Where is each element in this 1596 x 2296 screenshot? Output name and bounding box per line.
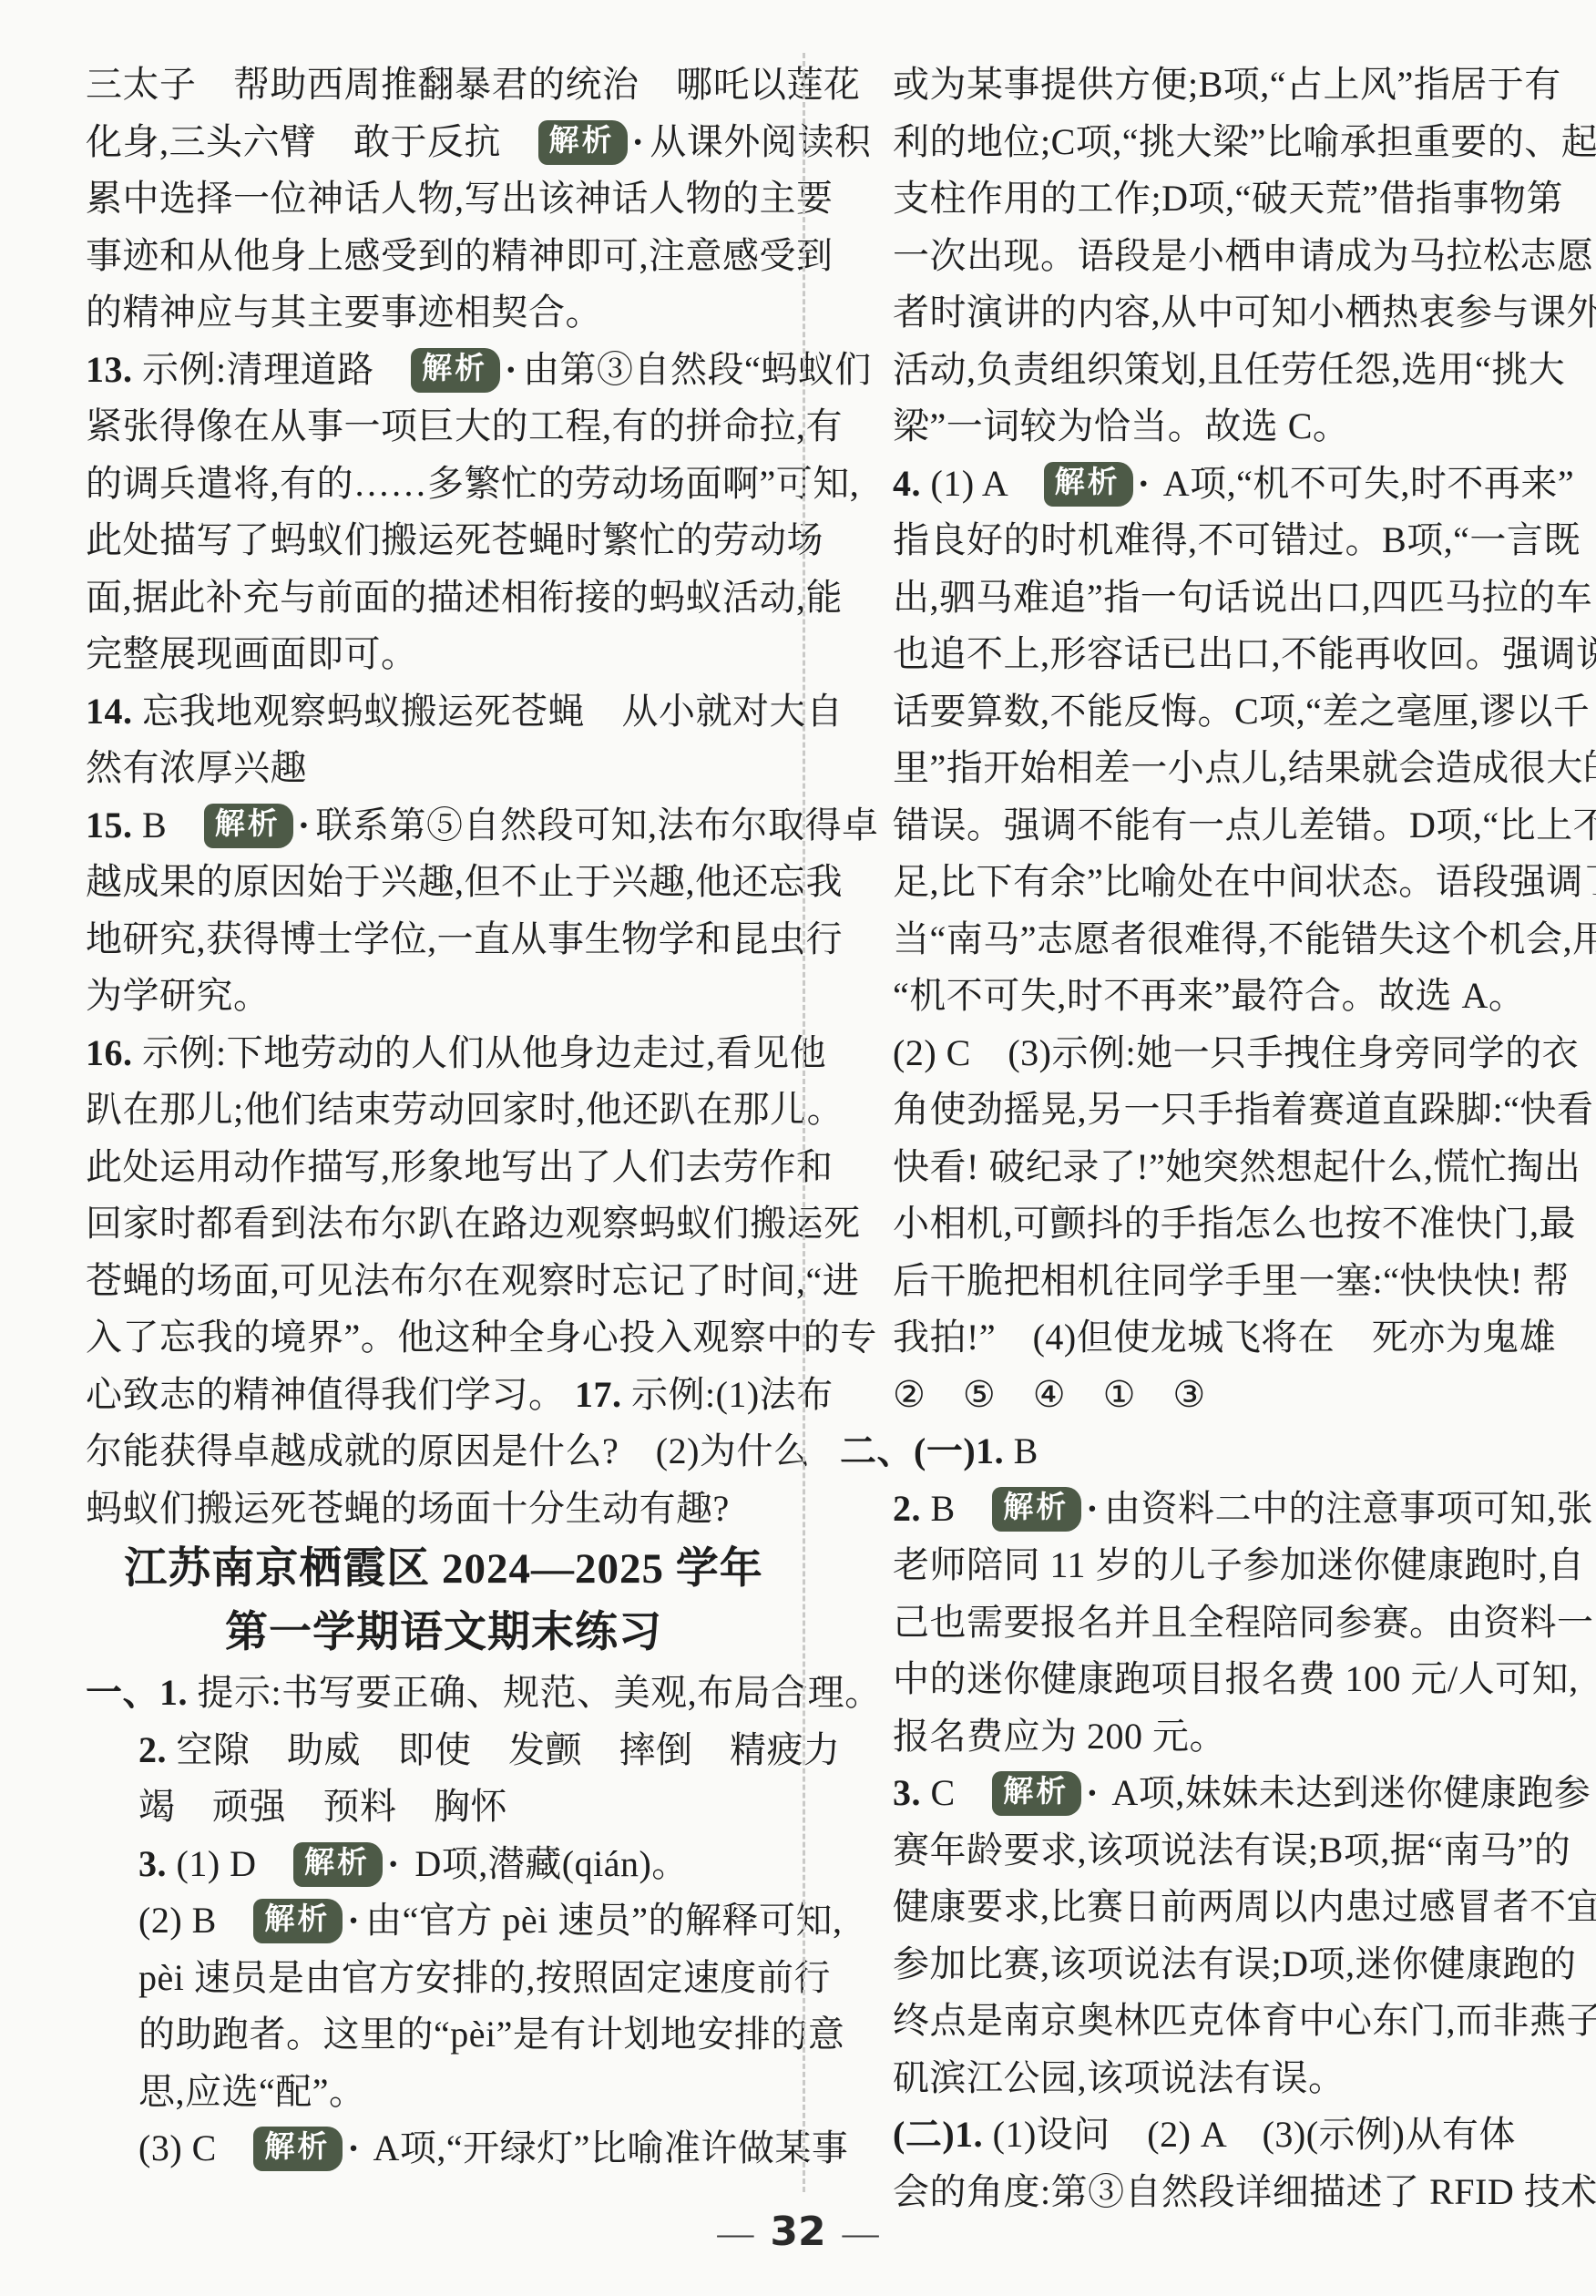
text-run: 回家时都看到法布尔趴在路边观察蚂蚁们搬运死 — [86, 1203, 861, 1244]
text-run: 思,应选“配”。 — [138, 2071, 366, 2112]
text-line: 地研究,获得博士学位,一直从事生物学和昆虫行 — [86, 911, 802, 969]
text-run: 我拍!” (4)但使龙城飞将在 死亦为鬼雄 — [893, 1317, 1556, 1358]
text-line: 当“南马”志愿者很难得,不能错失这个机会,用 — [840, 911, 1596, 969]
text-line: 指良好的时机难得,不可错过。B项,“一言既 — [840, 512, 1596, 569]
text-run: 提示:书写要正确、规范、美观,布局合理。 — [188, 1672, 882, 1713]
text-line: 里”指开始相差一小点儿,结果就会造成很大的 — [840, 740, 1596, 797]
text-line: 完整展现画面即可。 — [86, 626, 802, 683]
section-heading: 第一学期语文期末练习 — [86, 1601, 802, 1665]
text-run: 老师陪同 11 岁的儿子参加迷你健康跑时,自 — [893, 1544, 1585, 1585]
text-line: 4. (1) A 解析· A项,“机不可失,时不再来” — [840, 456, 1596, 513]
text-run: 的精神应与其主要事迹相契合。 — [86, 292, 602, 333]
text-line: 话要算数,不能反悔。C项,“差之毫厘,谬以千 — [840, 683, 1596, 741]
text-run: 报名费应为 200 元。 — [893, 1716, 1226, 1757]
text-line: 蚂蚁们搬运死苍蝇的场面十分生动有趣? — [86, 1481, 802, 1538]
text-run: B — [921, 1488, 992, 1529]
jiexi-badge: 解析 — [253, 2127, 343, 2171]
text-line: 一次出现。语段是小栖申请成为马拉松志愿 — [840, 228, 1596, 285]
text-line: (2) C (3)示例:她一只手拽住身旁同学的衣 — [840, 1025, 1596, 1082]
text-line: 累中选择一位神话人物,写出该神话人物的主要 — [86, 170, 802, 228]
text-run: ② ⑤ ④ ① ③ — [893, 1374, 1206, 1415]
text-run: A项,“开绿灯”比喻准许做某事 — [365, 2127, 848, 2168]
text-line: 老师陪同 11 岁的儿子参加迷你健康跑时,自 — [840, 1537, 1596, 1594]
text-run: A项,“机不可失,时不再来” — [1155, 463, 1574, 504]
item-number: 14. — [86, 691, 133, 732]
text-run: 由资料二中的注意事项可知,张 — [1104, 1488, 1593, 1529]
text-line: pèi 速员是由官方安排的,按照固定速度前行 — [86, 1950, 802, 2007]
text-run: 指良好的时机难得,不可错过。B项,“一言既 — [893, 519, 1581, 560]
text-run: (1)设问 (2) A (3)(示例)从有体 — [983, 2114, 1516, 2155]
text-line: 的调兵遣将,有的……多繁忙的劳动场面啊”可知, — [86, 456, 802, 513]
text-run: 当“南马”志愿者很难得,不能错失这个机会,用 — [893, 918, 1596, 959]
text-run: (1) D — [167, 1843, 293, 1884]
text-line: 14. 忘我地观察蚂蚁搬运死苍蝇 从小就对大自 — [86, 683, 802, 741]
text-run: pèi 速员是由官方安排的,按照固定速度前行 — [138, 1957, 831, 1998]
text-line: 己也需要报名并且全程陪同参赛。由资料一 — [840, 1594, 1596, 1652]
badge-separator: · — [505, 342, 517, 399]
badge-separator: · — [347, 1892, 360, 1950]
footer-dash-left: — — [717, 2212, 753, 2253]
text-run: B — [1004, 1430, 1038, 1471]
scanned-answer-page: 三太子 帮助西周推翻暴君的统治 哪吒以莲花化身,三头六臂 敢于反抗 解析·从课外… — [0, 0, 1596, 2296]
text-line: 此处描写了蚂蚁们搬运死苍蝇时繁忙的劳动场 — [86, 512, 802, 569]
text-run: 从课外阅读积 — [650, 121, 871, 162]
page-number: 32 — [770, 2209, 825, 2255]
text-line: 足,比下有余”比喻处在中间状态。语段强调了 — [840, 854, 1596, 911]
text-run: C — [921, 1772, 992, 1813]
text-line: 尔能获得卓越成就的原因是什么? (2)为什么 — [86, 1423, 802, 1481]
footer-dash-right: — — [843, 2212, 879, 2253]
text-line: 终点是南京奥林匹克体育中心东门,而非燕子 — [840, 1993, 1596, 2050]
text-line: 苍蝇的场面,可见法布尔在观察时忘记了时间,“进 — [86, 1253, 802, 1310]
item-number: 15. — [86, 805, 133, 846]
text-run: 支柱作用的工作;D项,“破天荒”借指事物第 — [893, 178, 1563, 219]
text-line: 的助跑者。这里的“pèi”是有计划地安排的意 — [86, 2006, 802, 2064]
text-run: 者时演讲的内容,从中可知小栖热衷参与课外 — [893, 292, 1596, 333]
text-line: 回家时都看到法布尔趴在路边观察蚂蚁们搬运死 — [86, 1195, 802, 1253]
item-number: 二、(一)1. — [840, 1430, 1004, 1471]
badge-separator: · — [1086, 1481, 1099, 1538]
text-line: 15. B 解析·联系第⑤自然段可知,法布尔取得卓 — [86, 797, 802, 855]
text-run: 健康要求,比赛日前两周以内患过感冒者不宜 — [893, 1886, 1596, 1927]
text-run: 己也需要报名并且全程陪同参赛。由资料一 — [893, 1602, 1594, 1643]
text-run: 蚂蚁们搬运死苍蝇的场面十分生动有趣? — [86, 1488, 730, 1529]
text-run: “机不可失,时不再来”最符合。故选 A。 — [893, 975, 1525, 1016]
text-line: 赛年龄要求,该项说法有误;B项,据“南马”的 — [840, 1822, 1596, 1880]
text-line: “机不可失,时不再来”最符合。故选 A。 — [840, 968, 1596, 1025]
text-run: 越成果的原因始于兴趣,但不止于兴趣,他还忘我 — [86, 861, 843, 902]
page-footer: —32— — [0, 2209, 1596, 2255]
text-line: 越成果的原因始于兴趣,但不止于兴趣,他还忘我 — [86, 854, 802, 911]
text-run: 示例:清理道路 — [133, 349, 412, 390]
text-line: 然有浓厚兴趣 — [86, 740, 802, 797]
text-line: 思,应选“配”。 — [86, 2064, 802, 2121]
text-line: 后干脆把相机往同学手里一塞:“快快快! 帮 — [840, 1253, 1596, 1310]
text-run: 里”指开始相差一小点儿,结果就会造成很大的 — [893, 747, 1596, 788]
text-run: 错误。强调不能有一点儿差错。D项,“比上不 — [893, 805, 1596, 846]
text-line: 中的迷你健康跑项目报名费 100 元/人可知, — [840, 1651, 1596, 1708]
text-line: 出,驷马难追”指一句话说出口,四匹马拉的车 — [840, 569, 1596, 627]
text-run: 小相机,可颤抖的手指怎么也按不准快门,最 — [893, 1203, 1576, 1244]
item-number: 3. — [138, 1843, 167, 1884]
text-line: 矶滨江公园,该项说法有误。 — [840, 2050, 1596, 2107]
item-number: 4. — [893, 463, 921, 504]
text-run: (2) C (3)示例:她一只手拽住身旁同学的衣 — [893, 1032, 1579, 1073]
text-run: 梁”一词较为恰当。故选 C。 — [893, 405, 1349, 446]
item-number: 2. — [893, 1488, 921, 1529]
text-run: 中的迷你健康跑项目报名费 100 元/人可知, — [893, 1658, 1579, 1699]
text-run: 参加比赛,该项说法有误;D项,迷你健康跑的 — [893, 1943, 1577, 1984]
text-run: 紧张得像在从事一项巨大的工程,有的拼命拉,有 — [86, 405, 843, 446]
text-line: 活动,负责组织策划,且任劳任怨,选用“挑大 — [840, 342, 1596, 399]
text-run: 竭 顽强 预料 胸怀 — [138, 1786, 507, 1827]
jiexi-badge: 解析 — [411, 348, 500, 393]
text-run: 三太子 帮助西周推翻暴君的统治 哪吒以莲花 — [86, 64, 861, 105]
text-run: 终点是南京奥林匹克体育中心东门,而非燕子 — [893, 2000, 1596, 2041]
text-line: 紧张得像在从事一项巨大的工程,有的拼命拉,有 — [86, 398, 802, 456]
text-line: 一、1. 提示:书写要正确、规范、美观,布局合理。 — [86, 1665, 802, 1722]
text-line: 小相机,可颤抖的手指怎么也按不准快门,最 — [840, 1195, 1596, 1253]
item-number: 2. — [138, 1729, 167, 1770]
text-run: 此处运用动作描写,形象地写出了人们去劳作和 — [86, 1146, 834, 1187]
text-line: 支柱作用的工作;D项,“破天荒”借指事物第 — [840, 170, 1596, 228]
text-run: 然有浓厚兴趣 — [86, 747, 307, 788]
left-column: 三太子 帮助西周推翻暴君的统治 哪吒以莲花化身,三头六臂 敢于反抗 解析·从课外… — [86, 56, 802, 2178]
text-line: ② ⑤ ④ ① ③ — [840, 1367, 1596, 1424]
text-run: 也追不上,形容话已出口,不能再收回。强调说 — [893, 633, 1596, 674]
text-line: 健康要求,比赛日前两周以内患过感冒者不宜 — [840, 1879, 1596, 1936]
text-run: 快看! 破纪录了!”她突然想起什么,慌忙掏出 — [893, 1146, 1581, 1187]
text-line: 错误。强调不能有一点儿差错。D项,“比上不 — [840, 797, 1596, 855]
text-run: 示例:(1)法布 — [622, 1374, 834, 1415]
text-line: (二)1. (1)设问 (2) A (3)(示例)从有体 — [840, 2106, 1596, 2164]
text-run: 忘我地观察蚂蚁搬运死苍蝇 从小就对大自 — [133, 691, 844, 732]
text-line: 或为某事提供方便;B项,“占上风”指居于有 — [840, 56, 1596, 114]
text-run: B — [133, 805, 204, 846]
text-run: 第一学期语文期末练习 — [225, 1609, 662, 1656]
text-run: 空隙 助威 即使 发颤 摔倒 精疲力 — [167, 1729, 841, 1770]
badge-separator: · — [1138, 456, 1151, 513]
text-run: 的助跑者。这里的“pèi”是有计划地安排的意 — [138, 2014, 844, 2055]
jiexi-badge: 解析 — [538, 120, 628, 165]
text-line: 二、(一)1. B — [840, 1423, 1596, 1481]
text-line: (2) B 解析·由“官方 pèi 速员”的解释可知, — [86, 1892, 802, 1950]
text-run: 江苏南京栖霞区 2024—2025 学年 — [124, 1545, 763, 1593]
text-line: 2. B 解析·由资料二中的注意事项可知,张 — [840, 1481, 1596, 1538]
text-run: 后干脆把相机往同学手里一塞:“快快快! 帮 — [893, 1260, 1570, 1301]
text-line: 利的地位;C项,“挑大梁”比喻承担重要的、起 — [840, 114, 1596, 171]
text-run: (2) B — [138, 1900, 253, 1941]
text-line: 的精神应与其主要事迹相契合。 — [86, 284, 802, 342]
text-line: 快看! 破纪录了!”她突然想起什么,慌忙掏出 — [840, 1139, 1596, 1196]
text-line: 竭 顽强 预料 胸怀 — [86, 1778, 802, 1836]
text-line: 此处运用动作描写,形象地写出了人们去劳作和 — [86, 1139, 802, 1196]
text-run: 由第③自然段“蚂蚁们 — [523, 349, 872, 390]
text-line: (3) C 解析· A项,“开绿灯”比喻准许做某事 — [86, 2120, 802, 2178]
text-line: 2. 空隙 助威 即使 发颤 摔倒 精疲力 — [86, 1722, 802, 1779]
text-run: 的调兵遣将,有的……多繁忙的劳动场面啊”可知, — [86, 463, 859, 504]
text-line: 化身,三头六臂 敢于反抗 解析·从课外阅读积 — [86, 114, 802, 171]
item-number: 一、1. — [86, 1672, 188, 1713]
item-number: 17. — [575, 1374, 622, 1415]
text-line: 16. 示例:下地劳动的人们从他身边走过,看见他 — [86, 1025, 802, 1082]
text-run: 会的角度:第③自然段详细描述了 RFID 技术 — [893, 2171, 1596, 2212]
jiexi-badge: 解析 — [293, 1842, 383, 1887]
text-line: 入了忘我的境界”。他这种全身心投入观察中的专 — [86, 1309, 802, 1367]
text-run: 或为某事提供方便;B项,“占上风”指居于有 — [893, 64, 1561, 105]
text-run: (1) A — [921, 463, 1044, 504]
item-number: 13. — [86, 349, 133, 390]
text-line: 为学研究。 — [86, 968, 802, 1025]
text-run: 趴在那儿;他们结束劳动回家时,他还趴在那儿。 — [86, 1089, 844, 1130]
text-run: 活动,负责组织策划,且任劳任怨,选用“挑大 — [893, 349, 1565, 390]
item-number: 16. — [86, 1032, 133, 1073]
text-run: 足,比下有余”比喻处在中间状态。语段强调了 — [893, 861, 1596, 902]
text-run: 完整展现画面即可。 — [86, 633, 418, 674]
badge-separator: · — [347, 2120, 360, 2178]
text-line: 事迹和从他身上感受到的精神即可,注意感受到 — [86, 228, 802, 285]
jiexi-badge: 解析 — [992, 1771, 1081, 1816]
jiexi-badge: 解析 — [1044, 462, 1133, 507]
text-line: 趴在那儿;他们结束劳动回家时,他还趴在那儿。 — [86, 1081, 802, 1139]
jiexi-badge: 解析 — [992, 1487, 1081, 1532]
column-divider — [803, 53, 805, 2192]
text-line: 心致志的精神值得我们学习。 17. 示例:(1)法布 — [86, 1367, 802, 1424]
text-run: A项,妹妹未达到迷你健康跑参 — [1104, 1772, 1591, 1813]
text-run: 出,驷马难追”指一句话说出口,四匹马拉的车 — [893, 577, 1592, 618]
item-number: (二)1. — [893, 2114, 983, 2155]
text-run: 事迹和从他身上感受到的精神即可,注意感受到 — [86, 235, 834, 276]
text-line: 参加比赛,该项说法有误;D项,迷你健康跑的 — [840, 1936, 1596, 1994]
badge-separator: · — [632, 114, 645, 171]
item-number: 3. — [893, 1772, 921, 1813]
text-run: 心致志的精神值得我们学习。 — [86, 1374, 575, 1415]
text-run: 面,据此补充与前面的描述相衔接的蚂蚁活动,能 — [86, 577, 843, 618]
text-run: 苍蝇的场面,可见法布尔在观察时忘记了时间,“进 — [86, 1260, 859, 1301]
text-run: 累中选择一位神话人物,写出该神话人物的主要 — [86, 178, 834, 219]
text-run: 地研究,获得博士学位,一直从事生物学和昆虫行 — [86, 918, 843, 959]
text-run: 化身,三头六臂 敢于反抗 — [86, 121, 538, 162]
text-line: 报名费应为 200 元。 — [840, 1708, 1596, 1766]
text-run: 示例:下地劳动的人们从他身边走过,看见他 — [133, 1032, 827, 1073]
jiexi-badge: 解析 — [253, 1899, 343, 1943]
text-run: 入了忘我的境界”。他这种全身心投入观察中的专 — [86, 1317, 877, 1358]
text-line: 梁”一词较为恰当。故选 C。 — [840, 398, 1596, 456]
text-line: 三太子 帮助西周推翻暴君的统治 哪吒以莲花 — [86, 56, 802, 114]
text-line: 我拍!” (4)但使龙城飞将在 死亦为鬼雄 — [840, 1309, 1596, 1367]
text-run: 此处描写了蚂蚁们搬运死苍蝇时繁忙的劳动场 — [86, 519, 824, 560]
text-line: 也追不上,形容话已出口,不能再收回。强调说 — [840, 626, 1596, 683]
text-run: (3) C — [138, 2127, 253, 2168]
text-line: 3. C 解析· A项,妹妹未达到迷你健康跑参 — [840, 1765, 1596, 1822]
text-line: 3. (1) D 解析· D项,潜藏(qián)。 — [86, 1836, 802, 1893]
text-run: 角使劲摇晃,另一只手指着赛道直跺脚:“快看 — [893, 1089, 1593, 1130]
text-line: 13. 示例:清理道路 解析·由第③自然段“蚂蚁们 — [86, 342, 802, 399]
text-run: D项,潜藏(qián)。 — [405, 1843, 689, 1884]
text-run: 利的地位;C项,“挑大梁”比喻承担重要的、起 — [893, 121, 1596, 162]
badge-separator: · — [387, 1836, 400, 1893]
text-run: 尔能获得卓越成就的原因是什么? (2)为什么 — [86, 1430, 810, 1471]
text-line: 面,据此补充与前面的描述相衔接的蚂蚁活动,能 — [86, 569, 802, 627]
jiexi-badge: 解析 — [204, 804, 293, 848]
text-run: 联系第⑤自然段可知,法布尔取得卓 — [316, 805, 879, 846]
text-run: 由“官方 pèi 速员”的解释可知, — [365, 1900, 842, 1941]
text-run: 为学研究。 — [86, 975, 271, 1016]
text-run: 话要算数,不能反悔。C项,“差之毫厘,谬以千 — [893, 691, 1590, 732]
section-heading: 江苏南京栖霞区 2024—2025 学年 — [86, 1537, 802, 1601]
right-column: 或为某事提供方便;B项,“占上风”指居于有利的地位;C项,“挑大梁”比喻承担重要… — [840, 56, 1596, 2220]
text-run: 赛年龄要求,该项说法有误;B项,据“南马”的 — [893, 1830, 1570, 1871]
badge-separator: · — [1086, 1765, 1099, 1822]
text-run: 矶滨江公园,该项说法有误。 — [893, 2057, 1345, 2098]
text-line: 角使劲摇晃,另一只手指着赛道直跺脚:“快看 — [840, 1081, 1596, 1139]
text-run: 一次出现。语段是小栖申请成为马拉松志愿 — [893, 235, 1594, 276]
badge-separator: · — [298, 797, 311, 855]
text-line: 者时演讲的内容,从中可知小栖热衷参与课外 — [840, 284, 1596, 342]
